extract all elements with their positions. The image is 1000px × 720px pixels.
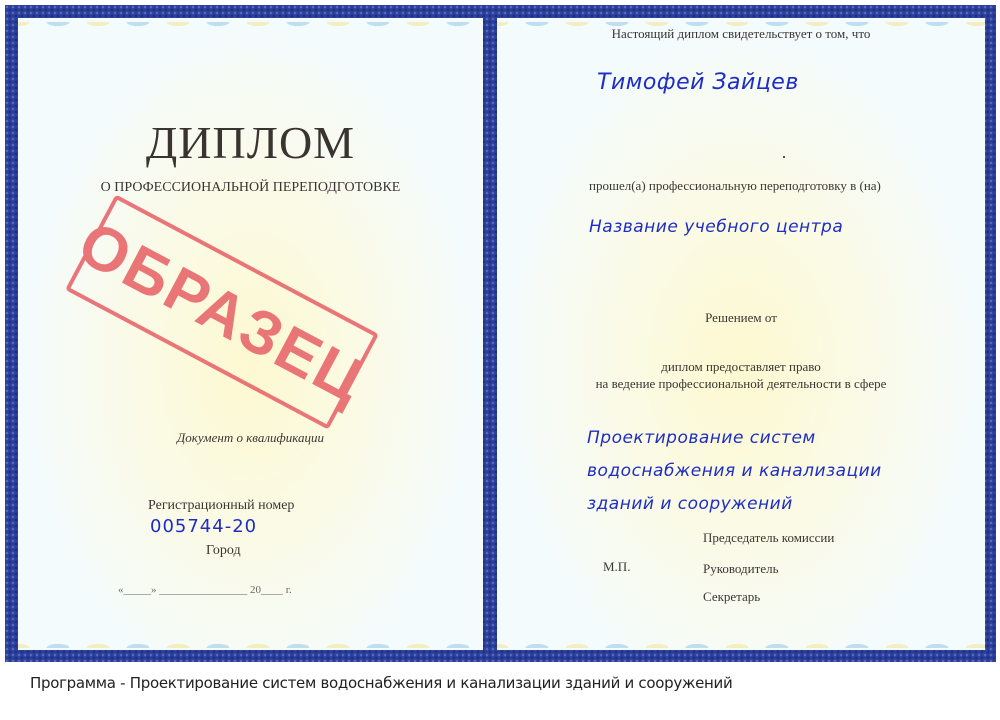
- diploma-left-page: ДИПЛОМ О ПРОФЕССИОНАЛЬНОЙ ПЕРЕПОДГОТОВКЕ…: [18, 18, 483, 650]
- secretary-label: Секретарь: [703, 589, 760, 605]
- decision-label: Решением от: [497, 310, 985, 326]
- sample-stamp-text: ОБРАЗЕЦ: [67, 207, 377, 417]
- diploma-title: ДИПЛОМ: [18, 116, 483, 169]
- specialty-line-3: зданий и сооружений: [587, 494, 793, 514]
- certifies-intro: Настоящий диплом свидетельствует о том, …: [497, 26, 985, 42]
- registration-number: 005744-20: [150, 516, 257, 537]
- grants-right-line-2: на ведение профессиональной деятельности…: [497, 376, 985, 392]
- chairman-label: Председатель комиссии: [703, 530, 834, 546]
- specialty-line-2: водоснабжения и канализации: [587, 461, 882, 481]
- specialty-line-1: Проектирование систем: [587, 428, 816, 448]
- dot-mark: [783, 156, 785, 158]
- diploma-subtitle: О ПРОФЕССИОНАЛЬНОЙ ПЕРЕПОДГОТОВКЕ: [18, 180, 483, 196]
- passed-training-label: прошел(а) профессиональную переподготовк…: [589, 178, 881, 194]
- registration-number-label: Регистрационный номер: [148, 498, 294, 514]
- grants-right-line-1: диплом предоставляет право: [497, 359, 985, 375]
- qualification-doc-label: Документ о квалификации: [18, 430, 483, 446]
- training-center-name: Название учебного центра: [589, 217, 843, 237]
- seal-place-label: М.П.: [603, 559, 630, 575]
- sample-stamp: ОБРАЗЕЦ: [65, 194, 379, 429]
- date-line: «_____» ________________ 20____ г.: [118, 584, 292, 596]
- holder-name: Тимофей Зайцев: [597, 70, 799, 95]
- guilloche-border-bottom: [497, 634, 985, 648]
- guilloche-border-bottom: [18, 634, 483, 648]
- diploma-right-page: Настоящий диплом свидетельствует о том, …: [497, 18, 985, 650]
- guilloche-border-top: [18, 22, 483, 36]
- head-label: Руководитель: [703, 561, 779, 577]
- program-caption: Программа - Проектирование систем водосн…: [30, 674, 732, 692]
- city-label: Город: [206, 543, 241, 559]
